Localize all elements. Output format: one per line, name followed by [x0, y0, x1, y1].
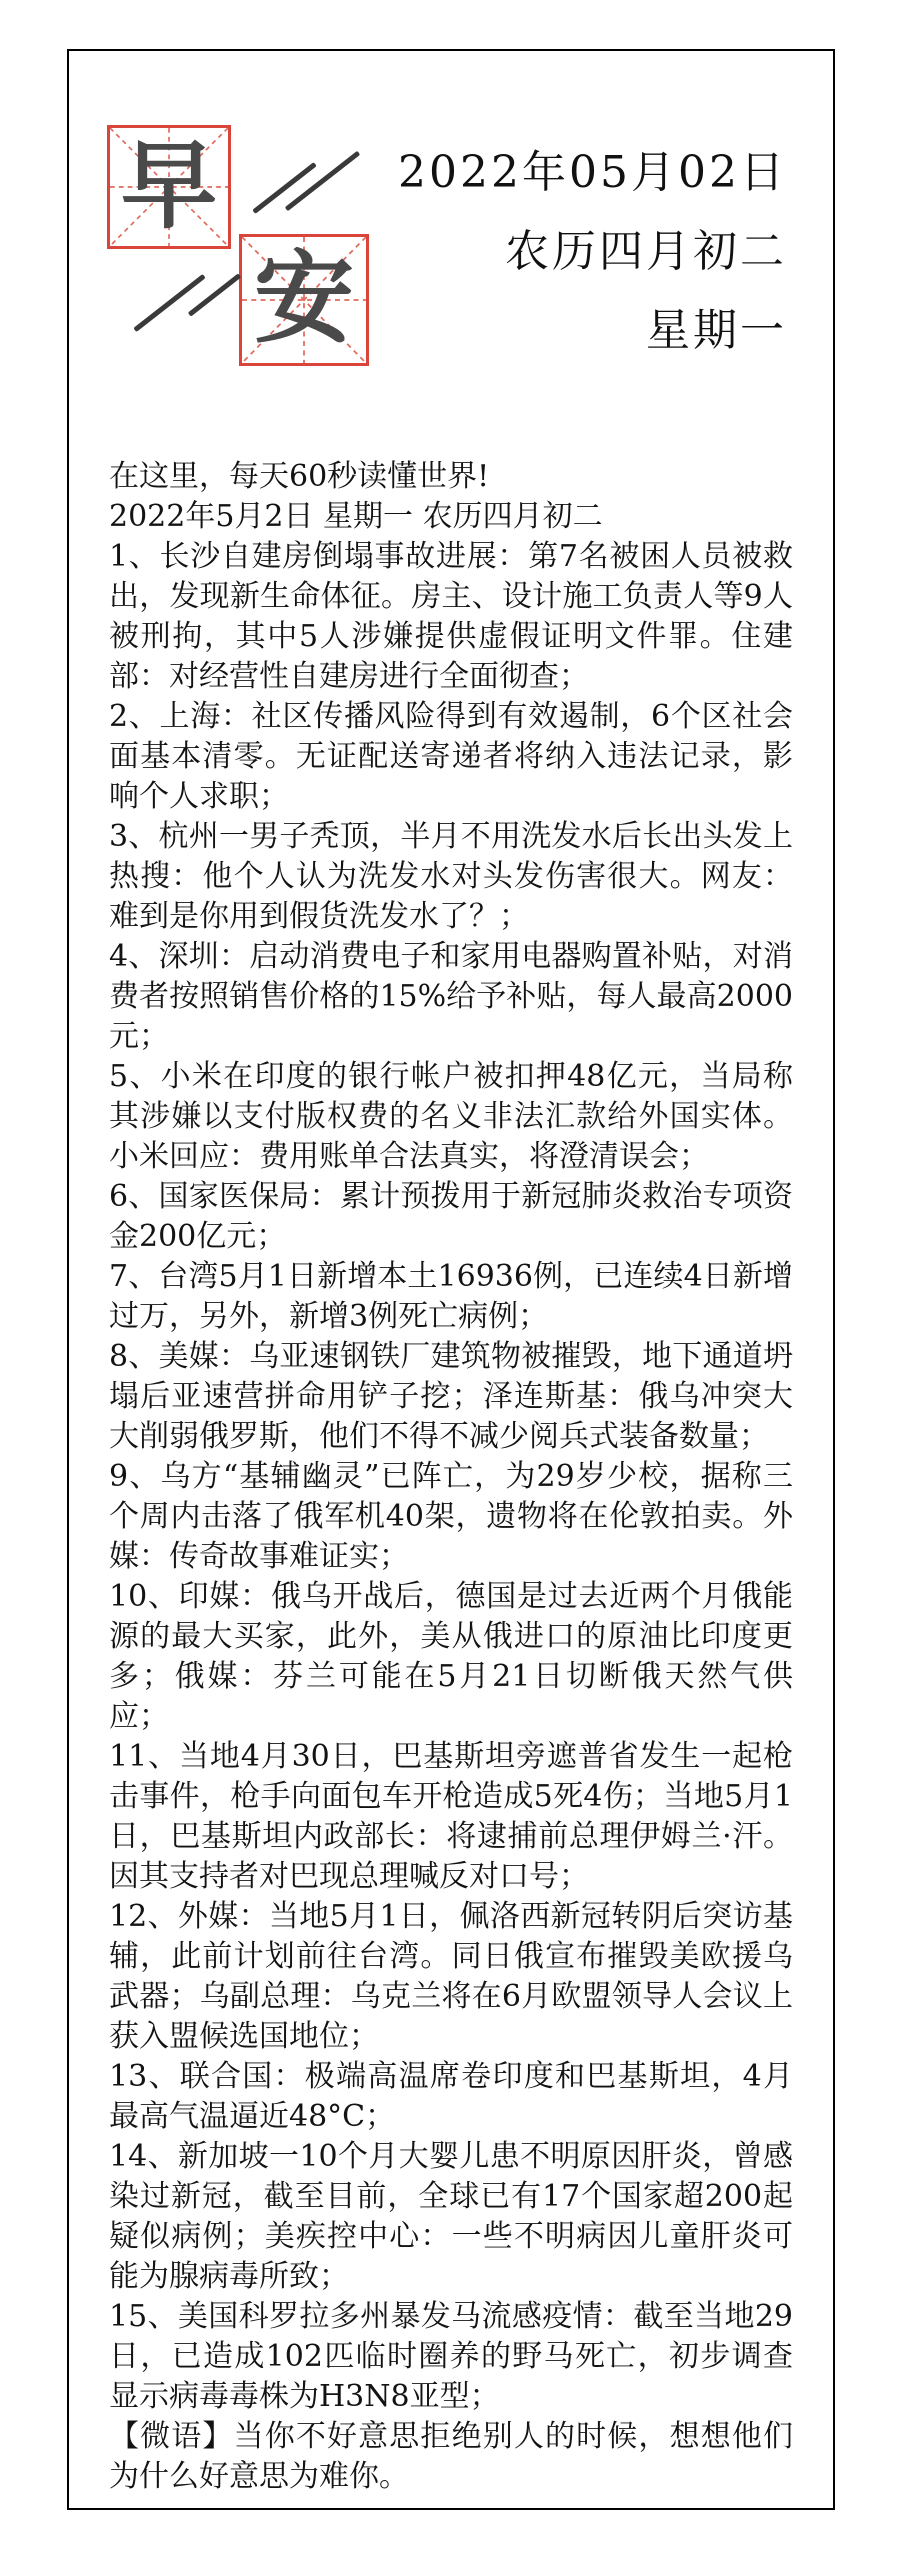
zao-grid-box: 早: [107, 125, 231, 249]
news-item: 8、美媒：乌亚速钢铁厂建筑物被摧毁，地下通道坍塌后亚速营拼命用铲子挖；泽连斯基：…: [109, 1337, 793, 1457]
weiyu-quote: 【微语】当你不好意思拒绝别人的时候，想想他们为什么好意思为难你。: [109, 2417, 793, 2497]
news-item: 7、台湾5月1日新增本土16936例，已连续4日新增过万，另外，新增3例死亡病例…: [109, 1257, 793, 1337]
news-item: 2、上海：社区传播风险得到有效遏制，6个区社会面基本清零。无证配送寄递者将纳入违…: [109, 697, 793, 817]
news-item: 5、小米在印度的银行帐户被扣押48亿元，当局称其涉嫌以支付版权费的名义非法汇款给…: [109, 1057, 793, 1177]
news-item: 14、新加坡一10个月大婴儿患不明原因肝炎，曾感染过新冠，截至目前，全球已有17…: [109, 2137, 793, 2297]
tagline: 在这里，每天60秒读懂世界!: [109, 457, 793, 497]
logo-char-zao: 早: [110, 138, 228, 234]
logo-char-an: 安: [242, 249, 366, 349]
an-grid-box: 安: [239, 234, 369, 366]
date-block: 2022年05月02日 农历四月初二 星期一: [398, 133, 787, 370]
news-item: 6、国家医保局：累计预拨用于新冠肺炎救治专项资金200亿元；: [109, 1177, 793, 1257]
news-body: 在这里，每天60秒读懂世界! 2022年5月2日 星期一 农历四月初二 1、长沙…: [109, 457, 793, 2497]
news-item: 9、乌方“基辅幽灵”已阵亡，为29岁少校，据称三个周内击落了俄军机40架，遗物将…: [109, 1457, 793, 1577]
news-item: 12、外媒：当地5月1日，佩洛西新冠转阴后突访基辅，此前计划前往台湾。同日俄宣布…: [109, 1897, 793, 2057]
lunar-date: 农历四月初二: [398, 212, 787, 291]
weekday: 星期一: [398, 291, 787, 370]
gregorian-date: 2022年05月02日: [398, 133, 787, 212]
news-item: 1、长沙自建房倒塌事故进展：第7名被困人员被救出，发现新生命体征。房主、设计施工…: [109, 537, 793, 697]
dateline: 2022年5月2日 星期一 农历四月初二: [109, 497, 793, 537]
news-item: 4、深圳：启动消费电子和家用电器购置补贴，对消费者按照销售价格的15%给予补贴，…: [109, 937, 793, 1057]
news-item: 10、印媒：俄乌开战后，德国是过去近两个月俄能源的最大买家，此外，美从俄进口的原…: [109, 1577, 793, 1737]
news-item: 13、联合国：极端高温席卷印度和巴基斯坦，4月最高气温逼近48°C；: [109, 2057, 793, 2137]
news-item: 11、当地4月30日，巴基斯坦旁遮普省发生一起枪击事件，枪手向面包车开枪造成5死…: [109, 1737, 793, 1897]
news-item: 3、杭州一男子秃顶，半月不用洗发水后长出头发上热搜：他个人认为洗发水对头发伤害很…: [109, 817, 793, 937]
slash-mark-icon: [133, 274, 205, 332]
page-border-frame: 早 安 2022年05月02日 农历四月初二 星期一 在这里，每天60秒读懂世界…: [67, 49, 835, 2510]
news-item: 15、美国科罗拉多州暴发马流感疫情：截至当地29日，已造成102匹临时圈养的野马…: [109, 2297, 793, 2417]
morning-news-page: { "header": { "logo_chars": ["早", "安"], …: [0, 0, 900, 2560]
